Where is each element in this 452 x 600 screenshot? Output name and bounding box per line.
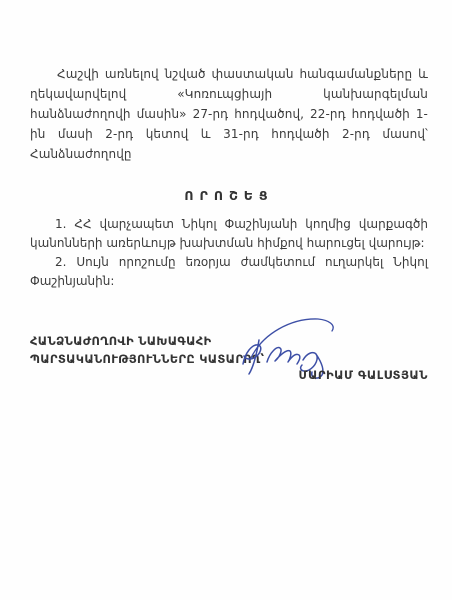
decision-items: 1. ՀՀ վարչապետ Նիկոլ Փաշինյանի կողմից վա… bbox=[30, 215, 428, 291]
signer-title-line1: ՀԱՆՁՆԱԺՈՂՈՎԻ ՆԱԽԱԳԱՀԻ bbox=[30, 333, 264, 351]
signature-block: ՀԱՆՁՆԱԺՈՂՈՎԻ ՆԱԽԱԳԱՀԻ ՊԱՐՏԱԿԱՆՈՒԹՅՈՒՆՆԵՐ… bbox=[30, 313, 428, 393]
decision-heading: ՈՐՈՇԵՑ bbox=[30, 188, 428, 203]
signature-letter-stroke-2 bbox=[267, 348, 300, 364]
document-page: Հաշվի առնելով նշված փաստական հանգամանքնե… bbox=[0, 0, 452, 600]
decision-item-1: 1. ՀՀ վարչապետ Նիկոլ Փաշինյանի կողմից վա… bbox=[30, 215, 428, 253]
decision-item-2: 2. Սույն որոշումը եռօրյա ժամկետում ուղար… bbox=[30, 253, 428, 291]
signer-name: ՄԱՐԻԱՄ ԳԱԼՍՏՅԱՆ bbox=[299, 368, 428, 382]
signer-title: ՀԱՆՁՆԱԺՈՂՈՎԻ ՆԱԽԱԳԱՀԻ ՊԱՐՏԱԿԱՆՈՒԹՅՈՒՆՆԵՐ… bbox=[30, 333, 264, 368]
intro-paragraph: Հաշվի առնելով նշված փաստական հանգամանքնե… bbox=[30, 64, 428, 164]
signer-title-line2: ՊԱՐՏԱԿԱՆՈՒԹՅՈՒՆՆԵՐԸ ԿԱՏԱՐՈՂ՝ bbox=[30, 351, 264, 369]
